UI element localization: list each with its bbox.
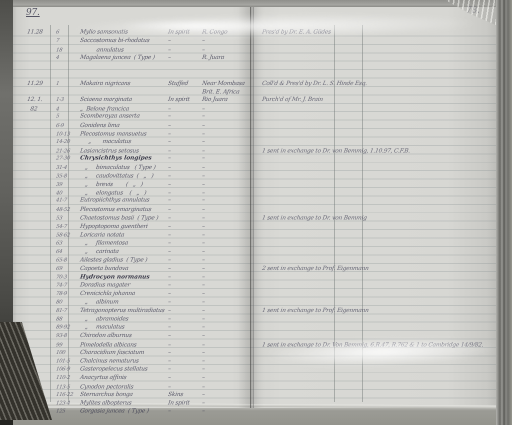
remark-note: Coll'd & Pres'd by Dr. L. S. Hinde Esq.: [261, 80, 494, 88]
locality: –: [201, 374, 250, 382]
ledger-row: 14-20 „ maculatus – –: [0, 138, 512, 146]
locality: –: [201, 349, 250, 357]
preservation: –: [167, 248, 198, 256]
specimen-numbers: 54-7: [55, 222, 78, 230]
preservation: –: [167, 206, 198, 214]
ledger-row: 63 „ filamentosa – –: [0, 239, 512, 247]
locality: –: [201, 113, 250, 121]
ledger-row: 6-9 Gonidens lima – –: [0, 122, 512, 130]
locality: –: [201, 138, 250, 146]
ledger-row: 89-92 „ maculatus – –: [0, 323, 512, 331]
specimen-numbers: 5: [55, 113, 78, 121]
locality: –: [201, 164, 250, 172]
specimen-numbers: 63: [55, 239, 78, 247]
locality: –: [201, 365, 250, 373]
preservation: –: [167, 113, 198, 121]
accession-date: 11.28: [26, 29, 53, 37]
ledger-row: [0, 71, 512, 79]
ledger-row: 39 „ brevis ( „ ) – –: [0, 180, 512, 188]
specimen-numbers: 31-4: [55, 164, 78, 172]
specimen-numbers: 27-30: [55, 155, 78, 163]
locality: –: [201, 332, 250, 340]
ledger-row: 110-2 Anacyrtus affinis – –: [0, 374, 512, 382]
specimen-numbers: 41-7: [55, 197, 78, 205]
ledger-row: 48-52 Plecostomus emarginatus – –: [0, 206, 512, 214]
preservation: –: [167, 265, 198, 273]
specimen-numbers: 14-20: [55, 138, 78, 146]
specimen-numbers: 1: [55, 80, 78, 88]
specimen-numbers: 1-3: [55, 96, 78, 104]
specimen-numbers: 39: [55, 180, 78, 188]
remark-note: Purch'd of Mr. J. Brain: [261, 96, 494, 104]
locality: –: [201, 290, 250, 298]
remark-note: 1 sent in exchange to Prof. Eigenmann: [261, 307, 494, 315]
locality: –: [201, 197, 250, 205]
accession-date: 12. 1.: [26, 96, 53, 104]
preservation: –: [167, 365, 198, 373]
locality: –: [201, 155, 250, 163]
locality: –: [201, 180, 250, 188]
specimen-numbers: 110-2: [55, 374, 78, 382]
preservation: –: [167, 323, 198, 331]
ledger-row: 106-9 Gasteropelecus stellatus – –: [0, 365, 512, 373]
locality: –: [201, 391, 250, 399]
preservation: –: [167, 122, 198, 130]
locality: –: [201, 323, 250, 331]
ledger-row: 54-7 Hypoptopoma guentheri – –: [0, 222, 512, 230]
preservation: –: [167, 138, 198, 146]
ledger-row: 4 Magalaena juncea ( Type ) – R. Juara: [0, 54, 512, 62]
specimen-numbers: 116-22: [55, 391, 78, 399]
preservation: –: [167, 349, 198, 357]
specimen-numbers: 81-7: [55, 307, 78, 315]
locality: –: [201, 281, 250, 289]
preservation: –: [167, 374, 198, 382]
ledger-row: 116-22 Sternarchus bonga Skins –: [0, 391, 512, 399]
ledger-photo: 97. 78. 11.28 6 Mylio samsonatis In spir…: [0, 0, 512, 425]
specimen-numbers: 4: [55, 54, 78, 62]
ledger-row: 81-7 Tetragonopterus multiradiatus – – 1…: [0, 307, 512, 315]
locality: R. Juara: [201, 54, 250, 62]
specimen-numbers: 48-52: [55, 206, 78, 214]
ledger-row: 74-7 Doradius magater – –: [0, 281, 512, 289]
preservation: –: [167, 332, 198, 340]
ledger-row: 125 Gorgasia juncea ( Type ) – –: [0, 407, 512, 415]
preservation: –: [167, 155, 198, 163]
specimen-numbers: 78-9: [55, 290, 78, 298]
ledger-row: 64 „ carinata – –: [0, 248, 512, 256]
locality: –: [201, 407, 250, 415]
ledger-row: 69 Capoeta bundova – – 2 sent in exchang…: [0, 265, 512, 273]
specimen-numbers: 69: [55, 265, 78, 273]
ledger-row: 12. 1. 1-3 Sciaena marginata In spirit R…: [0, 96, 512, 104]
preservation: –: [167, 164, 198, 172]
preservation: Skins: [167, 391, 198, 399]
ledger-row: 31-4 „ bimaculatus ( Type ) – –: [0, 164, 512, 172]
locality: –: [201, 265, 250, 273]
ledger-row: 41-7 Eutropiichthys annulatus – –: [0, 197, 512, 205]
preservation: –: [167, 197, 198, 205]
ledger-row: 11.29 1 Makaira nigricans Stuffed Near M…: [0, 80, 512, 88]
closed-pages-edge: [496, 0, 512, 425]
specimen-numbers: 100: [55, 349, 78, 357]
preservation: –: [167, 307, 198, 315]
locality: –: [201, 206, 250, 214]
specimen-numbers: 93-8: [55, 332, 78, 340]
preservation: –: [167, 290, 198, 298]
specimen-numbers: 106-9: [55, 365, 78, 373]
glare-highlight: [120, 20, 270, 32]
preservation: Stuffed: [167, 80, 198, 88]
locality: Rio Juara: [201, 96, 250, 104]
accession-date: 11.29: [26, 80, 53, 88]
preservation: –: [167, 54, 198, 62]
specimen-numbers: 6-9: [55, 122, 78, 130]
ledger-row: 78-9 Crenicichla johanna – –: [0, 290, 512, 298]
specimen-numbers: 64: [55, 248, 78, 256]
remark-note: 2 sent in exchange to Prof. Eigenmann: [261, 265, 494, 273]
locality: –: [201, 239, 250, 247]
ledger-row: 27-30 Chrysichthys longipes – –: [0, 155, 512, 163]
preservation: –: [167, 239, 198, 247]
locality: –: [201, 248, 250, 256]
locality: –: [201, 307, 250, 315]
specimen-numbers: 89-92: [55, 323, 78, 331]
preservation: –: [167, 407, 198, 415]
locality: Near Mombasa: [201, 80, 250, 88]
preservation: –: [167, 281, 198, 289]
preservation: –: [167, 180, 198, 188]
locality: –: [201, 122, 250, 130]
specimen-numbers: 125: [55, 407, 78, 415]
specimen-numbers: 74-7: [55, 281, 78, 289]
locality: –: [201, 222, 250, 230]
preservation: –: [167, 222, 198, 230]
preservation: In spirit: [167, 96, 198, 104]
ledger-row: 5 Scomberoyza anserta – –: [0, 113, 512, 121]
